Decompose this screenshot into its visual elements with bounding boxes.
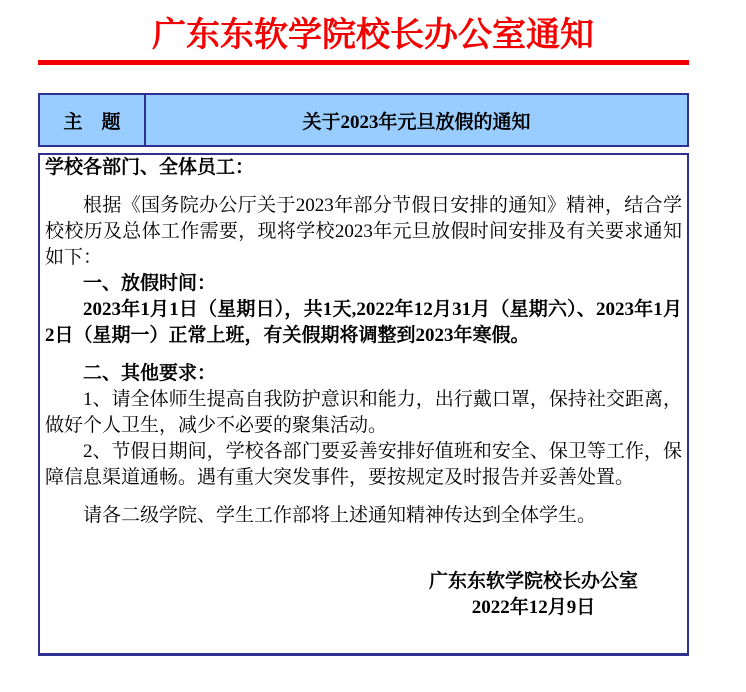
subject-label: 主 题 xyxy=(63,107,120,134)
blank-line xyxy=(45,491,682,503)
requirement-item-1: 1、请全体师生提高自我防护意识和能力，出行戴口罩，保持社交距离，做好个人卫生，减… xyxy=(45,387,682,439)
requirement-item-2: 2、节假日期间，学校各部门要妥善安排好值班和安全、保卫等工作，保障信息渠道通畅。… xyxy=(45,439,682,491)
red-rule xyxy=(38,60,689,65)
signature-block: 广东东软学院校长办公室 2022年12月9日 xyxy=(429,569,638,621)
subject-label-cell: 主 题 xyxy=(40,95,146,145)
section-1-heading: 一、放假时间： xyxy=(45,271,682,297)
doc-title: 广东东软学院校长办公室通知 xyxy=(0,13,746,58)
subject-bar: 主 题 关于2023年元旦放假的通知 xyxy=(38,93,689,147)
blank-line xyxy=(45,181,682,193)
paragraph-intro: 根据《国务院办公厅关于2023年部分节假日安排的通知》精神，结合学校校历及总体工… xyxy=(45,193,682,271)
closing-request: 请各二级学院、学生工作部将上述通知精神传达到全体学生。 xyxy=(45,503,682,529)
section-2-heading: 二、其他要求： xyxy=(45,361,682,387)
blank-line xyxy=(45,349,682,361)
signature-date: 2022年12月9日 xyxy=(429,595,638,621)
holiday-schedule: 2023年1月1日（星期日），共1天,2022年12月31月（星期六）、2023… xyxy=(45,297,682,349)
body-frame: 学校各部门、全体员工： 根据《国务院办公厅关于2023年部分节假日安排的通知》精… xyxy=(38,153,689,656)
salutation: 学校各部门、全体员工： xyxy=(45,155,682,181)
signature-office: 广东东软学院校长办公室 xyxy=(429,569,638,595)
subject-value: 关于2023年元旦放假的通知 xyxy=(302,107,530,134)
subject-value-cell: 关于2023年元旦放假的通知 xyxy=(146,95,687,145)
notice-document: 广东东软学院校长办公室通知 主 题 关于2023年元旦放假的通知 学校各部门、全… xyxy=(0,0,746,692)
